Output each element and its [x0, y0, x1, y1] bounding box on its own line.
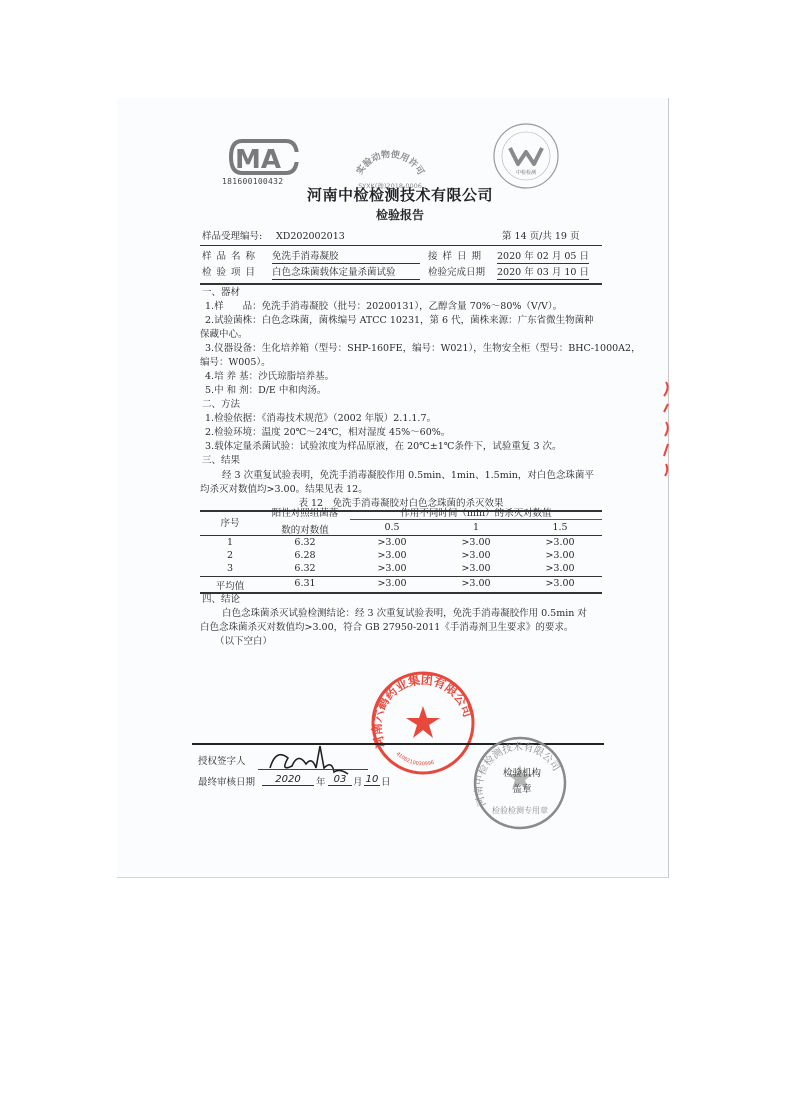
- row-value: >3.00: [434, 550, 518, 561]
- review-year: 2020: [262, 774, 314, 786]
- svg-text:中检检测: 中检检测: [516, 169, 536, 176]
- sample-id-value: XD202002013: [276, 230, 345, 243]
- results-heading: 三、结果: [202, 454, 240, 467]
- review-month: 03: [328, 774, 352, 786]
- received-date-value: 2020 年 02 月 05 日: [497, 250, 589, 264]
- materials-line: 5.中 和 剂：D/E 中和肉汤。: [205, 384, 326, 397]
- materials-line: 4.培 养 基：沙氏琼脂培养基。: [205, 370, 334, 383]
- sample-id-label: 样品受理编号:: [202, 230, 262, 243]
- method-heading: 二、方法: [202, 398, 240, 411]
- materials-heading: 一、器材: [202, 286, 240, 299]
- red-company-stamp-icon: 河南六鹤药业集团有限公司 4108210030996: [368, 668, 478, 778]
- conclusion-line: 白色念珠菌杀灭试验检测结论：经 3 次重复试验表明，免洗手消毒凝胶作用 0.5m…: [222, 607, 587, 620]
- signer-label: 授权签字人: [198, 755, 246, 768]
- method-line: 1.检验依据：《消毒技术规范》（2002 年版）2.1.1.7。: [205, 412, 436, 425]
- cma-number: 181600100432: [222, 177, 283, 186]
- avg-value: >3.00: [434, 578, 518, 589]
- report-title: 检验报告: [300, 206, 500, 223]
- results-line: 均杀灭对数值均>3.00。结果见表 12。: [200, 483, 368, 496]
- cma-logo-icon: MA: [228, 138, 300, 176]
- test-item-value: 白色念珠菌载体定量杀菌试验: [272, 266, 420, 280]
- col-control-header-line1: 阳性对照组菌落: [260, 505, 350, 519]
- org-stamp-label: 检验机构: [492, 767, 552, 780]
- company-name: 河南中检检测技术有限公司: [300, 184, 500, 205]
- materials-line: 3.仪器设备：生化培养箱（型号：SHP-160FE，编号：W021），生物安全柜…: [205, 342, 641, 355]
- row-value: >3.00: [518, 563, 602, 574]
- row-seq: 3: [200, 563, 260, 574]
- row-value: >3.00: [518, 537, 602, 548]
- review-day: 10: [364, 774, 380, 786]
- col-seq-header: 序号: [200, 515, 260, 529]
- blank-note: （以下空白）: [215, 635, 272, 648]
- row-control: 6.32: [260, 563, 350, 574]
- time-col-header: 1: [434, 522, 518, 533]
- row-seq: 1: [200, 537, 260, 548]
- org-stamp-label-2: 盖章: [492, 783, 552, 796]
- svg-text:实验动物使用许可证: 实验动物使用许可证: [350, 126, 427, 177]
- method-line: 2.检验环境：温度 20℃～24℃，相对湿度 45%～60%。: [205, 426, 450, 439]
- materials-line: 编号：W005）。: [200, 356, 271, 369]
- row-value: >3.00: [350, 563, 434, 574]
- sample-name-value: 免洗手消毒凝胶: [272, 250, 420, 264]
- svg-text:MA: MA: [235, 145, 281, 175]
- row-value: >3.00: [350, 537, 434, 548]
- row-control: 6.32: [260, 537, 350, 548]
- year-char: 年: [316, 776, 326, 789]
- materials-line: 保藏中心。: [200, 328, 248, 341]
- company-seal-logo-icon: 中检检测: [492, 122, 560, 190]
- received-date-label: 接 样 日 期: [428, 250, 482, 263]
- row-control: 6.28: [260, 550, 350, 561]
- completion-date-value: 2020 年 03 月 10 日: [497, 266, 589, 280]
- col-control-header-line2: 数的对数值: [260, 522, 350, 536]
- results-line: 经 3 次重复试验表明，免洗手消毒凝胶作用 0.5min、1min、1.5min…: [222, 469, 594, 482]
- avg-value: >3.00: [350, 578, 434, 589]
- row-value: >3.00: [350, 550, 434, 561]
- time-col-header: 0.5: [350, 522, 434, 533]
- svg-text:4108210030996: 4108210030996: [395, 751, 435, 767]
- materials-line: 1.样 品：免洗手消毒凝胶（批号：20200131），乙醇含量 70%～80%（…: [205, 300, 562, 313]
- row-value: >3.00: [434, 563, 518, 574]
- month-char: 月: [353, 776, 363, 789]
- time-col-header: 1.5: [518, 522, 602, 533]
- avg-label: 平均值: [200, 578, 260, 592]
- row-value: >3.00: [434, 537, 518, 548]
- day-char: 日: [381, 776, 391, 789]
- test-item-label: 检 验 项 目: [202, 266, 256, 279]
- conclusion-heading: 四、结论: [202, 593, 240, 606]
- svg-text:检验检测专用章: 检验检测专用章: [492, 805, 548, 815]
- cross-page-stamp-fragment-icon: [660, 378, 672, 478]
- avg-control: 6.31: [260, 578, 350, 589]
- sample-name-label: 样 品 名 称: [202, 250, 256, 263]
- materials-line: 2.试验菌株：白色念珠菌，菌株编号 ATCC 10231，第 6 代，菌株来源：…: [205, 314, 594, 327]
- row-value: >3.00: [518, 550, 602, 561]
- col-group-header: 作用不同时间（min）的杀灭对数值: [350, 505, 602, 519]
- animal-permit-stamp-icon: 实验动物使用许可证 SYXK(豫)2018-0006: [350, 126, 430, 190]
- method-line: 3.载体定量杀菌试验：试验浓度为样品原液，在 20℃±1℃条件下，试验重复 3 …: [205, 440, 562, 453]
- page-info: 第 14 页/共 19 页: [502, 230, 579, 243]
- row-seq: 2: [200, 550, 260, 561]
- avg-value: >3.00: [518, 578, 602, 589]
- completion-date-label: 检验完成日期: [428, 266, 485, 279]
- review-date-label: 最终审核日期: [198, 776, 255, 789]
- conclusion-line: 白色念珠菌杀灭对数值均>3.00，符合 GB 27950-2011《手消毒剂卫生…: [200, 621, 573, 634]
